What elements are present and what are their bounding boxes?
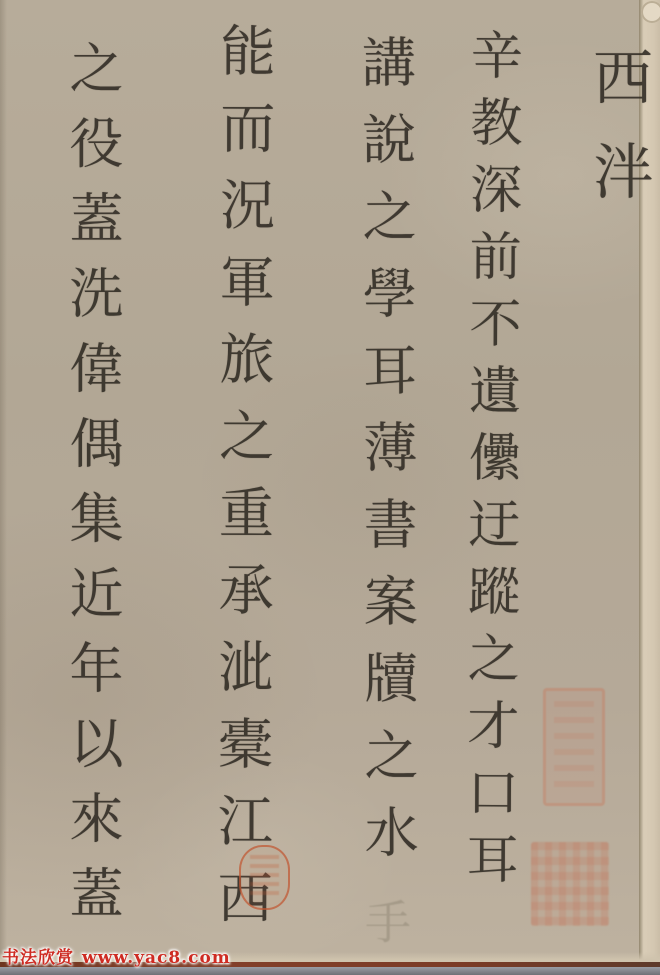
calligraphy-column-5: 之役蓋洗偉偶集近年以來蓋 bbox=[44, 40, 140, 972]
calligraphy-column-3: 講說之學耳薄書案牘之水 bbox=[338, 34, 433, 970]
calligraphy-scan: 西泮 辛教深前不遺儽迂蹤之才口耳 講說之學耳薄書案牘之水 能而況軍旅之重承泚橐江… bbox=[0, 0, 660, 975]
seal-glyph-texture bbox=[250, 855, 279, 900]
calligraphy-column-2: 辛教深前不遺儽迂蹤之才口耳 bbox=[441, 28, 538, 968]
calligraphy-column-1: 西泮 bbox=[576, 46, 660, 966]
watermark-site-name: 书法欣赏 bbox=[2, 948, 74, 968]
scroll-left-edge-shadow bbox=[0, 0, 7, 975]
calligraphy-column-4: 能而況軍旅之重承泚橐江西 bbox=[192, 22, 291, 972]
seal-stamp-gourd bbox=[239, 845, 290, 910]
ink-showthrough-character: 手 bbox=[352, 898, 418, 944]
seal-glyph-texture bbox=[554, 701, 594, 793]
seal-stamp-faint-rect bbox=[543, 688, 605, 806]
paper-curl-circle bbox=[641, 1, 660, 23]
seal-stamp-square bbox=[531, 842, 609, 926]
site-watermark: 书法欣赏www.yac8.com bbox=[2, 943, 231, 968]
watermark-url: www.yac8.com bbox=[82, 948, 231, 968]
